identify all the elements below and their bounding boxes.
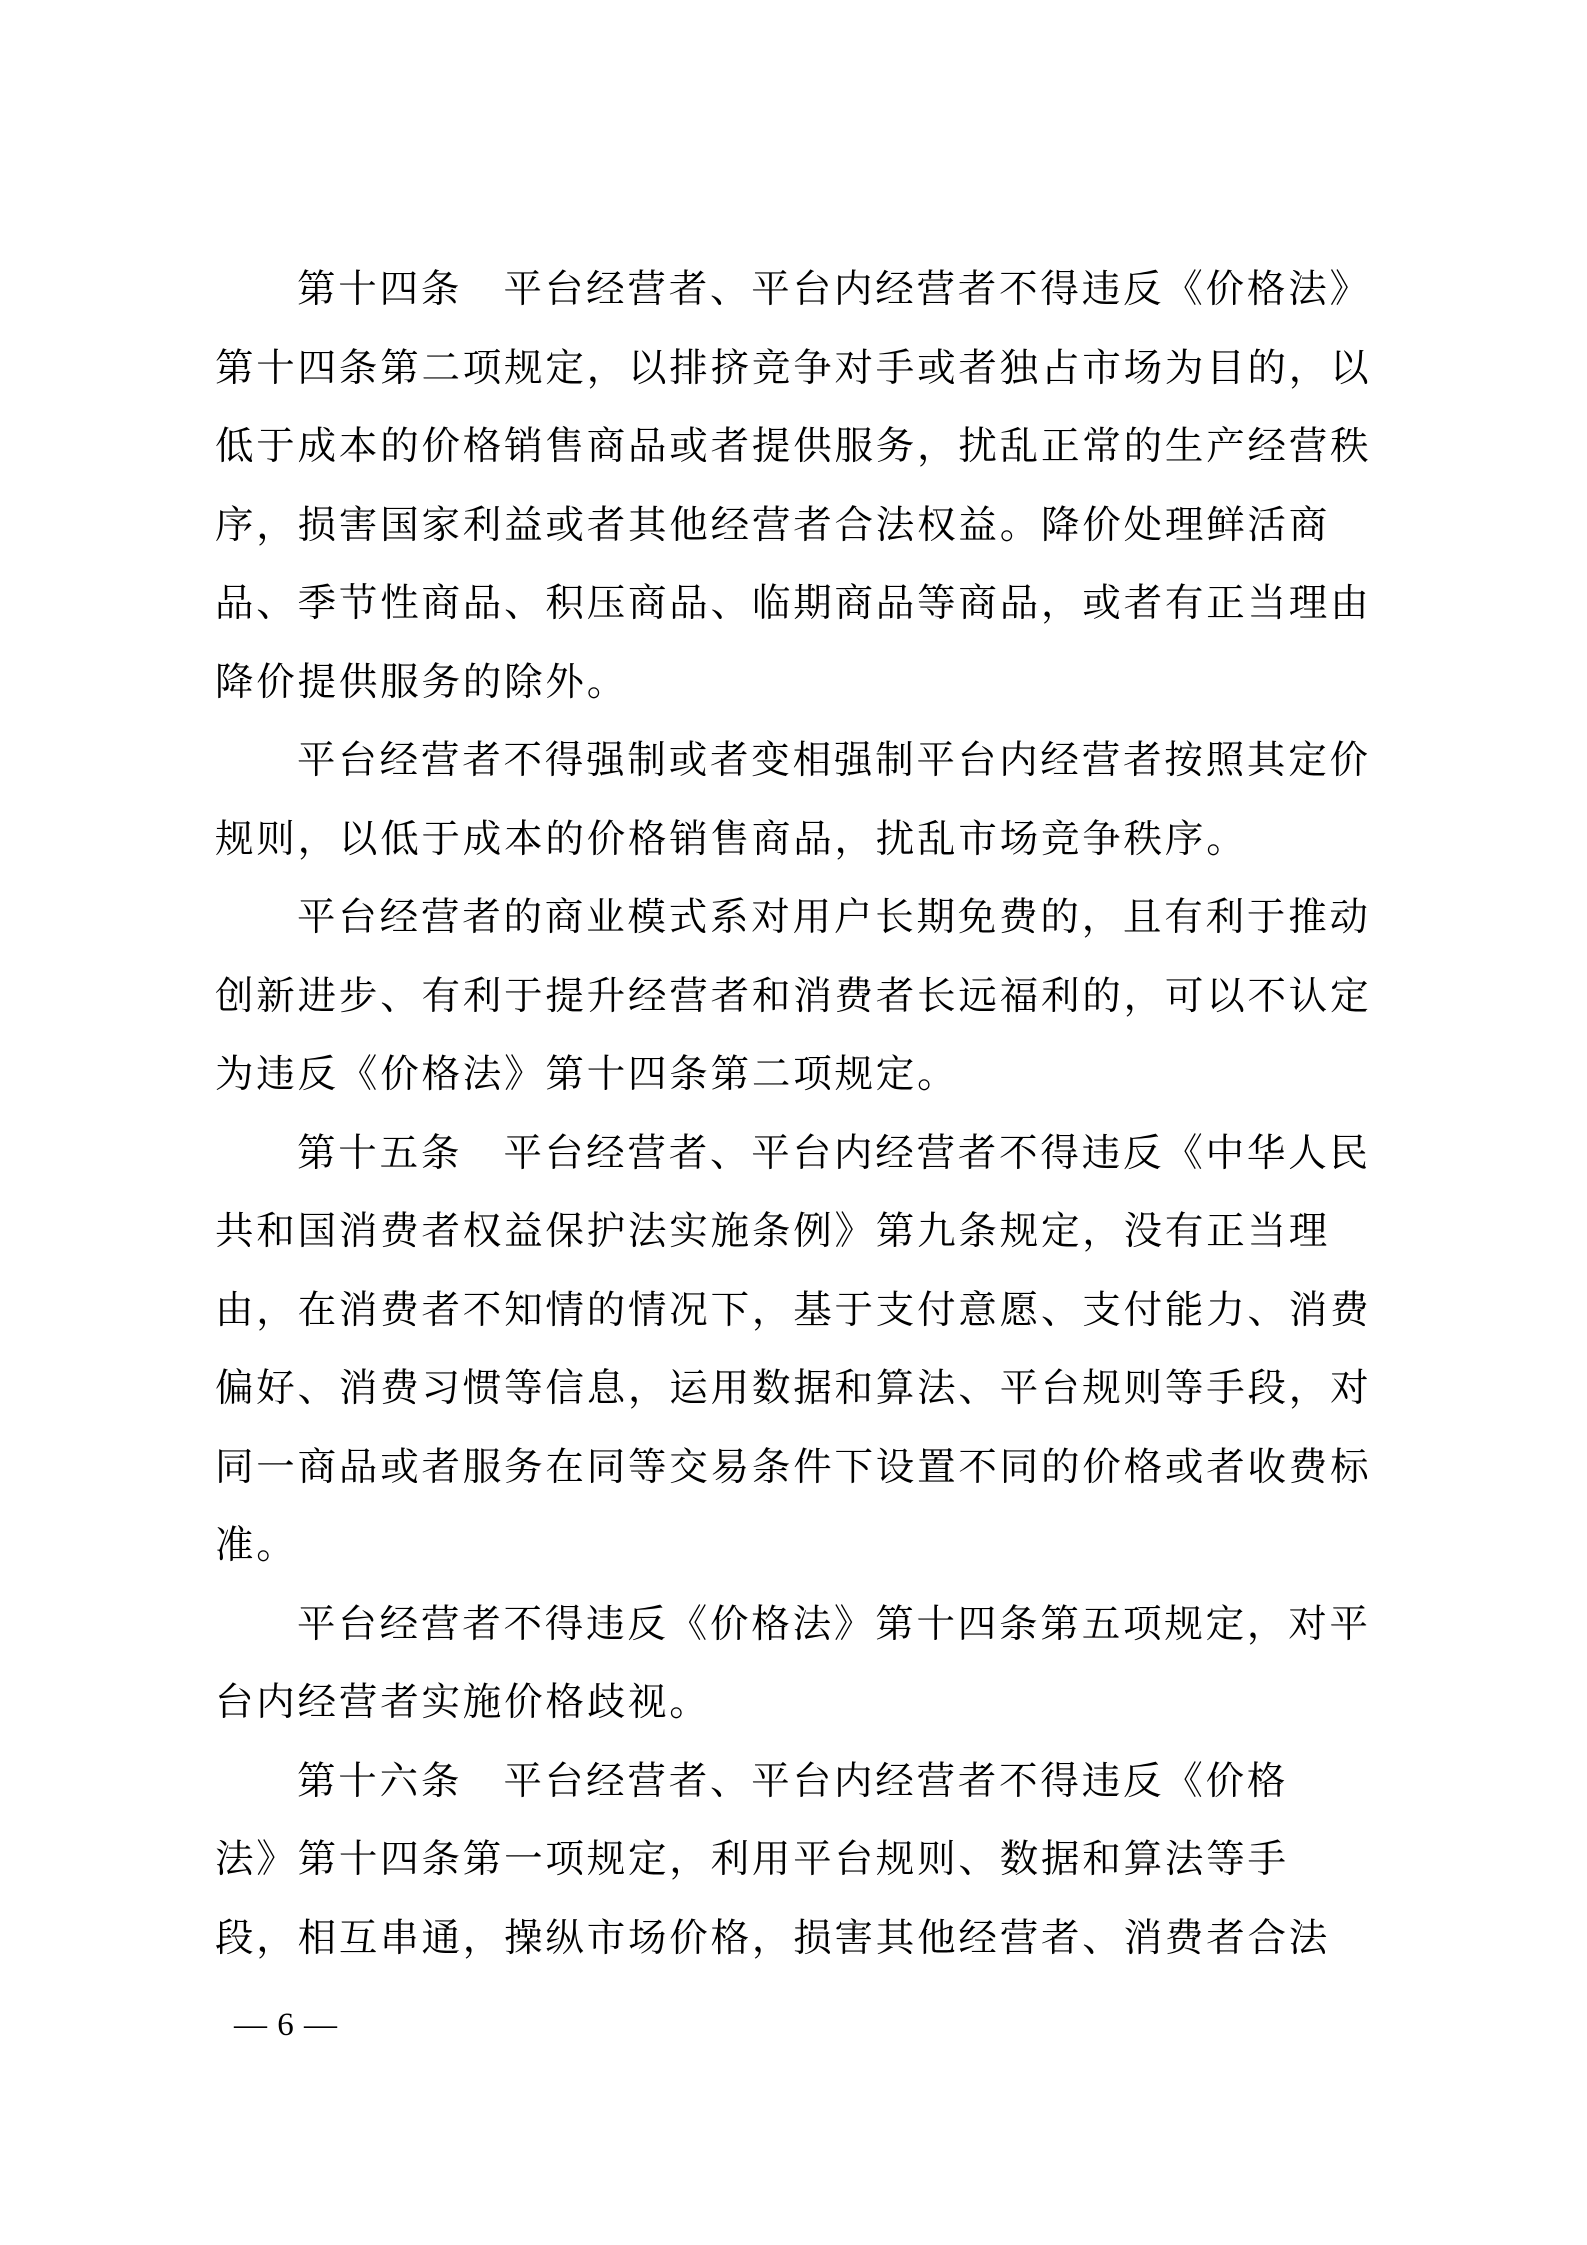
text-line: 创新进步、有利于提升经营者和消费者长远福利的，可以不认定 [215, 977, 1375, 1055]
text-line: 第十四条 平台经营者、平台内经营者不得违反《价格法》 [297, 270, 1457, 348]
text-line: 台内经营者实施价格歧视。 [215, 1683, 1375, 1761]
text-line: 法》第十四条第一项规定，利用平台规则、数据和算法等手 [215, 1840, 1375, 1918]
text-line: 第十六条 平台经营者、平台内经营者不得违反《价格 [297, 1762, 1457, 1840]
text-line: 平台经营者不得违反《价格法》第十四条第五项规定，对平 [297, 1605, 1457, 1683]
text-line: 同一商品或者服务在同等交易条件下设置不同的价格或者收费标 [215, 1448, 1375, 1526]
text-line: 低于成本的价格销售商品或者提供服务，扰乱正常的生产经营秩 [215, 427, 1375, 505]
text-line: 平台经营者不得强制或者变相强制平台内经营者按照其定价 [297, 741, 1457, 819]
text-line: 平台经营者的商业模式系对用户长期免费的，且有利于推动 [297, 898, 1457, 976]
text-line: 品、季节性商品、积压商品、临期商品等商品，或者有正当理由 [215, 584, 1375, 662]
document-page: 第十四条 平台经营者、平台内经营者不得违反《价格法》 第十四条第二项规定，以排挤… [0, 0, 1587, 2245]
page-number: — 6 — [234, 2005, 338, 2045]
text-line: 偏好、消费习惯等信息，运用数据和算法、平台规则等手段，对 [215, 1369, 1375, 1447]
text-line: 由，在消费者不知情的情况下，基于支付意愿、支付能力、消费 [215, 1291, 1375, 1369]
text-line: 准。 [215, 1526, 1375, 1604]
text-line: 段，相互串通，操纵市场价格，损害其他经营者、消费者合法 [215, 1919, 1375, 1997]
text-line: 第十四条第二项规定，以排挤竞争对手或者独占市场为目的，以 [215, 349, 1375, 427]
text-line: 降价提供服务的除外。 [215, 663, 1375, 741]
text-line: 第十五条 平台经营者、平台内经营者不得违反《中华人民 [297, 1134, 1457, 1212]
text-line: 序，损害国家利益或者其他经营者合法权益。降价处理鲜活商 [215, 506, 1375, 584]
text-line: 规则，以低于成本的价格销售商品，扰乱市场竞争秩序。 [215, 820, 1375, 898]
text-line: 为违反《价格法》第十四条第二项规定。 [215, 1055, 1375, 1133]
text-line: 共和国消费者权益保护法实施条例》第九条规定，没有正当理 [215, 1212, 1375, 1290]
